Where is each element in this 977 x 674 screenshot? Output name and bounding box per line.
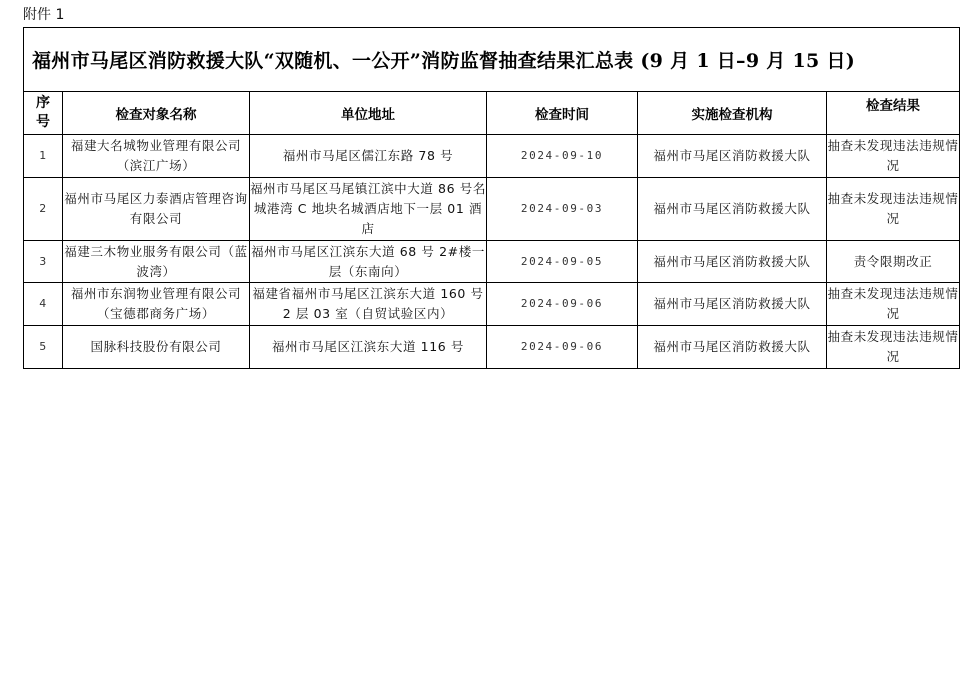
result-cell: 责令限期改正: [827, 241, 960, 283]
address-cell: 福州市马尾区儒江东路 78 号: [250, 135, 487, 178]
result-cell: 抽查未发现违法违规情况: [827, 178, 960, 241]
name-cell: 福州市东润物业管理有限公司（宝德郡商务广场）: [63, 283, 250, 326]
agency-cell: 福州市马尾区消防救援大队: [638, 283, 827, 326]
table-title: 福州市马尾区消防救援大队“双随机、一公开”消防监督抽查结果汇总表 (9 月 1 …: [24, 28, 960, 92]
address-cell: 福建省福州市马尾区江滨东大道 160 号 2 层 03 室（自贸试验区内）: [250, 283, 487, 326]
name-cell: 福建三木物业服务有限公司（蓝波湾）: [63, 241, 250, 283]
date-cell: 2024-09-06: [487, 326, 638, 369]
header-row: 序号 检查对象名称 单位地址 检查时间 实施检查机构 检查结果: [24, 92, 960, 135]
col-header-agency: 实施检查机构: [638, 92, 827, 135]
col-header-date: 检查时间: [487, 92, 638, 135]
table-row: 5 国脉科技股份有限公司 福州市马尾区江滨东大道 116 号 2024-09-0…: [24, 326, 960, 369]
agency-cell: 福州市马尾区消防救援大队: [638, 241, 827, 283]
table-row: 4 福州市东润物业管理有限公司（宝德郡商务广场） 福建省福州市马尾区江滨东大道 …: [24, 283, 960, 326]
seq-cell: 1: [24, 135, 63, 178]
col-header-result: 检查结果: [827, 92, 960, 135]
seq-cell: 4: [24, 283, 63, 326]
result-cell: 抽查未发现违法违规情况: [827, 283, 960, 326]
col-header-seq: 序号: [24, 92, 63, 135]
seq-cell: 3: [24, 241, 63, 283]
col-header-name: 检查对象名称: [63, 92, 250, 135]
seq-cell: 5: [24, 326, 63, 369]
agency-cell: 福州市马尾区消防救援大队: [638, 135, 827, 178]
date-cell: 2024-09-06: [487, 283, 638, 326]
agency-cell: 福州市马尾区消防救援大队: [638, 326, 827, 369]
address-cell: 福州市马尾区江滨东大道 68 号 2#楼一层（东南向）: [250, 241, 487, 283]
table-row: 1 福建大名城物业管理有限公司（滨江广场） 福州市马尾区儒江东路 78 号 20…: [24, 135, 960, 178]
name-cell: 福建大名城物业管理有限公司（滨江广场）: [63, 135, 250, 178]
address-cell: 福州市马尾区江滨东大道 116 号: [250, 326, 487, 369]
name-cell: 国脉科技股份有限公司: [63, 326, 250, 369]
col-header-address: 单位地址: [250, 92, 487, 135]
seq-cell: 2: [24, 178, 63, 241]
table-row: 2 福州市马尾区力泰酒店管理咨询有限公司 福州市马尾区马尾镇江滨中大道 86 号…: [24, 178, 960, 241]
inspection-summary-table: 福州市马尾区消防救援大队“双随机、一公开”消防监督抽查结果汇总表 (9 月 1 …: [23, 27, 960, 369]
attachment-label: 附件 1: [23, 6, 64, 24]
table-row: 3 福建三木物业服务有限公司（蓝波湾） 福州市马尾区江滨东大道 68 号 2#楼…: [24, 241, 960, 283]
date-cell: 2024-09-10: [487, 135, 638, 178]
result-cell: 抽查未发现违法违规情况: [827, 326, 960, 369]
name-cell: 福州市马尾区力泰酒店管理咨询有限公司: [63, 178, 250, 241]
date-cell: 2024-09-03: [487, 178, 638, 241]
address-cell: 福州市马尾区马尾镇江滨中大道 86 号名城港湾 C 地块名城酒店地下一层 01 …: [250, 178, 487, 241]
agency-cell: 福州市马尾区消防救援大队: [638, 178, 827, 241]
result-cell: 抽查未发现违法违规情况: [827, 135, 960, 178]
date-cell: 2024-09-05: [487, 241, 638, 283]
